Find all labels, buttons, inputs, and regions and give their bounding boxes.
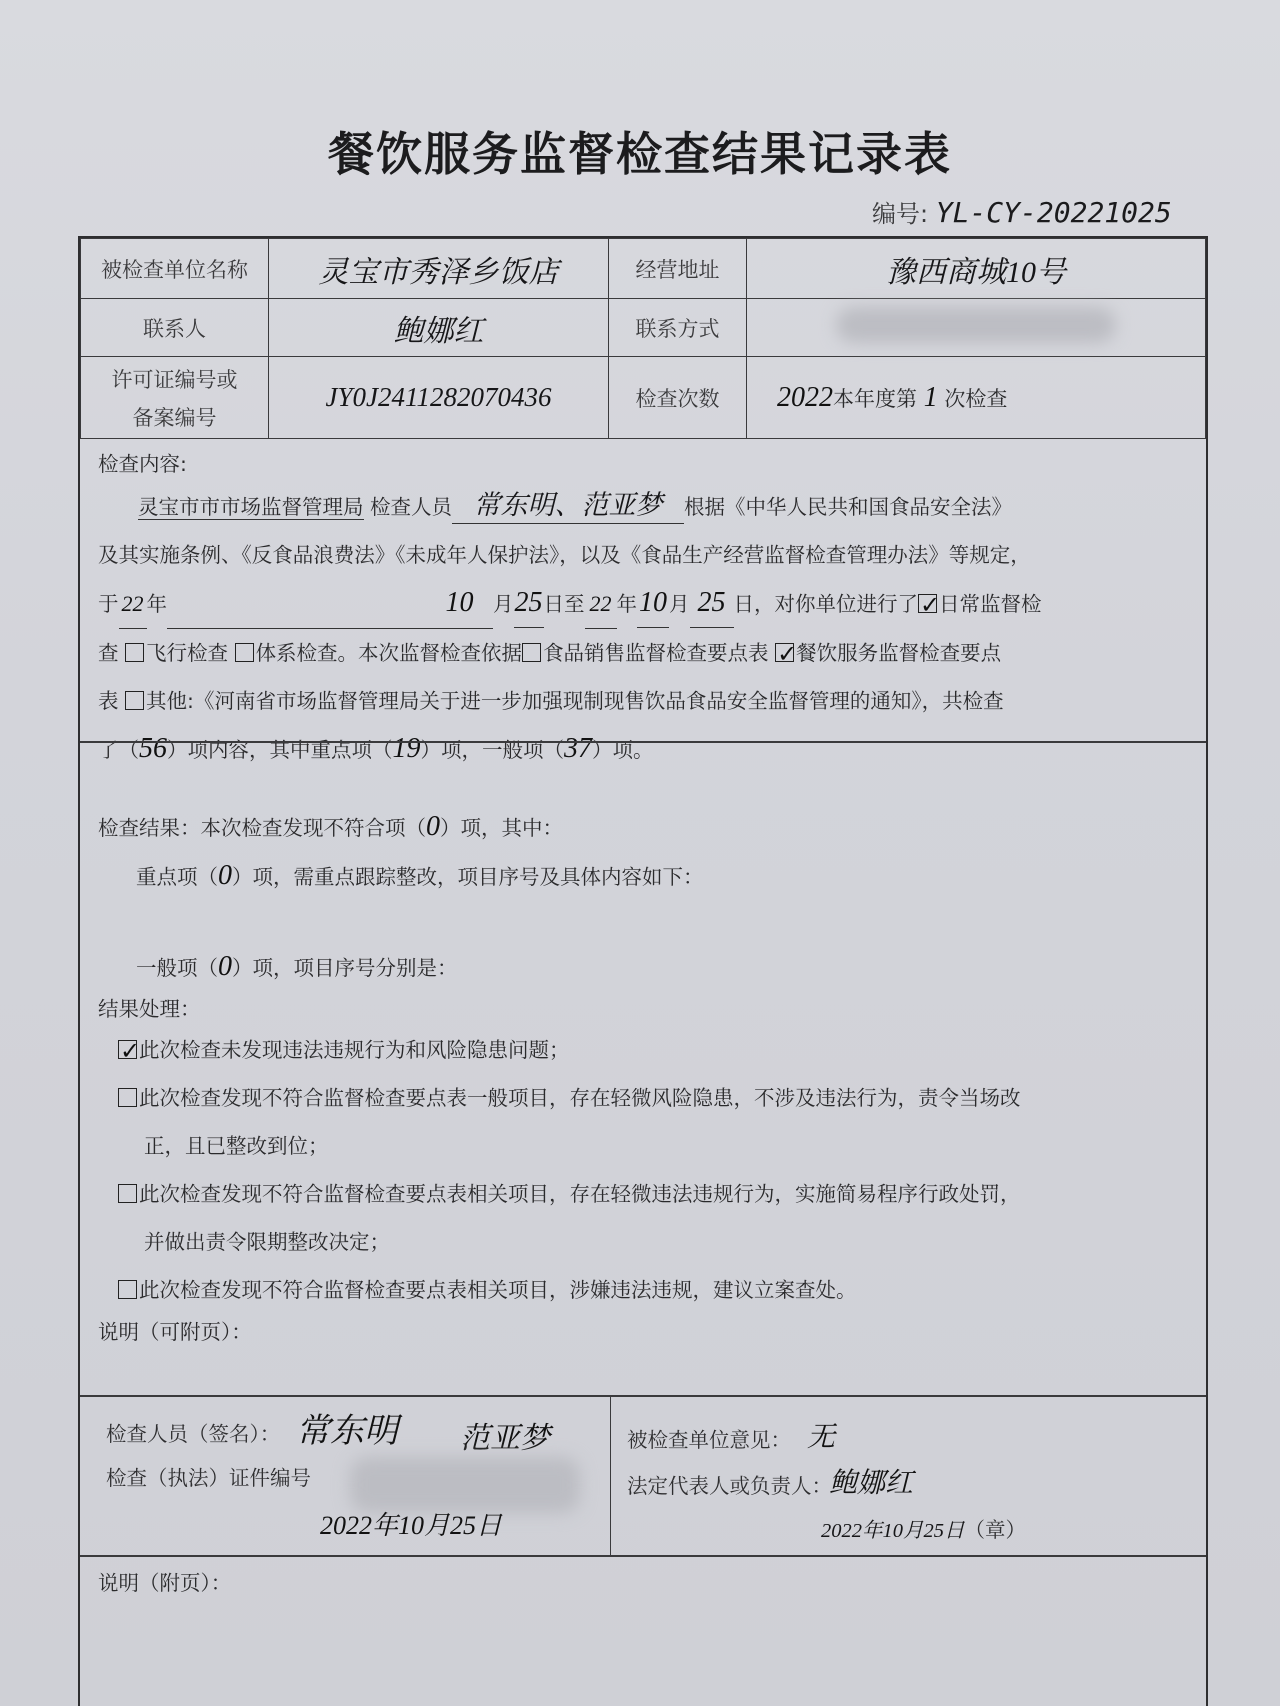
checkbox-food-sales[interactable] xyxy=(522,643,541,662)
inspection-year: 2022 xyxy=(777,382,833,413)
content-line-4: 查 飞行检查 体系检查。本次监督检查依据食品销售监督检查要点表 餐饮服务监督检查… xyxy=(80,629,1206,677)
results-suffix: ）项，其中： xyxy=(440,816,563,840)
signature-row: 检查人员（签名）： 常东明 范亚梦 检查（执法）证件编号 2022年10月25日… xyxy=(80,1395,1206,1555)
seal-label: （章） xyxy=(965,1518,1027,1542)
license-value: JY0J2411282070436 xyxy=(269,357,609,439)
general-suffix-text: ）项，项目序号分别是： xyxy=(232,956,458,980)
handling-option-1: 此次检查未发现违法违规行为和风险隐患问题； xyxy=(80,1026,1206,1074)
month-char: 月 xyxy=(493,592,514,616)
daily-label: 日常监督检 xyxy=(939,592,1042,616)
results-line-1: 检查结果：本次检查发现不符合项（0）项，其中： xyxy=(80,803,1206,852)
inspection-count-suffix: 次检查 xyxy=(944,387,1007,411)
food-sales-label: 食品销售监督检查要点表 xyxy=(543,641,769,665)
unit-name-value: 灵宝市秀泽乡饭店 xyxy=(269,239,609,299)
inspectors-label: 检查人员 xyxy=(370,495,452,519)
flight-label: 飞行检查 xyxy=(146,641,228,665)
checkbox-handling-2[interactable] xyxy=(118,1088,137,1107)
opinion-value: 无 xyxy=(807,1415,835,1455)
inspection-count-value: 2022本年度第 1 次检查 xyxy=(747,357,1206,439)
unit-opinion-box: 被检查单位意见： 无 法定代表人或负责人： 鲍娜红 2022年10月25日（章） xyxy=(611,1397,1206,1555)
checkbox-handling-3[interactable] xyxy=(118,1184,137,1203)
agency-name: 灵宝市市市场监督管理局 xyxy=(138,495,364,520)
general-prefix: 一般项（ xyxy=(136,956,218,980)
month-char-2: 月 xyxy=(669,592,690,616)
contact-person-value: 鲍娜红 xyxy=(269,299,609,357)
content-line-2: 及其实施条例、《反食品浪费法》《未成年人保护法》，以及《食品生产经营监督检查管理… xyxy=(80,531,1206,579)
redacted-blur xyxy=(836,307,1116,343)
inspector-signature-2: 范亚梦 xyxy=(460,1413,550,1457)
law-text-1: 根据《中华人民共和国食品安全法》 xyxy=(684,495,1012,519)
inspector-signature-box: 检查人员（签名）： 常东明 范亚梦 检查（执法）证件编号 2022年10月25日 xyxy=(80,1397,611,1555)
document-number-value: YL-CY-20221025 xyxy=(936,196,1172,229)
address-label: 经营地址 xyxy=(609,239,747,299)
results-key-line: 重点项（0）项，需重点跟踪整改，项目序号及具体内容如下： xyxy=(80,852,1206,901)
inspector-date: 2022年10月25日 xyxy=(320,1505,502,1542)
representative-label: 法定代表人或负责人： xyxy=(627,1469,832,1499)
inspection-count-prefix: 本年度第 xyxy=(833,387,917,411)
end-day: 25 xyxy=(690,579,734,628)
footer-note-section: 说明（附页）： xyxy=(80,1555,1206,1685)
document-number: 编号: YL-CY-20221025 xyxy=(872,194,1172,229)
inspector-sign-label: 检查人员（签名）： xyxy=(106,1417,280,1447)
contact-method-value xyxy=(747,299,1206,357)
content-heading: 检查内容: xyxy=(80,445,1206,483)
handling-option-3-text: 此次检查发现不符合监督检查要点表相关项目，存在轻微违法违规行为，实施简易程序行政… xyxy=(139,1182,1021,1206)
inspection-count-number: 1 xyxy=(924,382,938,413)
address-value: 豫西商城10号 xyxy=(747,239,1206,299)
checkbox-catering[interactable] xyxy=(775,643,794,662)
key-suffix: ）项，需重点跟踪整改，项目序号及具体内容如下： xyxy=(232,865,704,889)
representative-date: 2022年10月25日（章） xyxy=(821,1513,1026,1543)
handling-option-2-cont: 正，且已整改到位； xyxy=(80,1122,1206,1170)
results-general-line: 一般项（0）项，项目序号分别是： xyxy=(80,943,1206,992)
end-month: 10 xyxy=(637,579,669,628)
handling-option-1-text: 此次检查未发现违法违规行为和风险隐患问题； xyxy=(139,1038,570,1062)
page-title: 餐饮服务监督检查结果记录表 xyxy=(0,118,1280,184)
contact-person-label: 联系人 xyxy=(81,299,269,357)
start-day: 25 xyxy=(514,579,544,628)
catering-label: 餐饮服务监督检查要点 xyxy=(796,641,1001,665)
content-line-3: 于22年10 月25日至22年10月25日，对你单位进行了日常监督检 xyxy=(80,579,1206,629)
document-number-label: 编号: xyxy=(872,200,928,228)
footer-note-label: 说明（附页）： xyxy=(80,1565,1206,1601)
key-prefix: 重点项（ xyxy=(136,865,218,889)
handling-option-4: 此次检查发现不符合监督检查要点表相关项目，涉嫌违法违规，建议立案查处。 xyxy=(80,1266,1206,1314)
handling-option-2-text: 此次检查发现不符合监督检查要点表一般项目，存在轻微风险隐患，不涉及违法行为，责令… xyxy=(139,1086,1021,1110)
catering-label-cont: 表 xyxy=(98,689,119,713)
checkbox-handling-1[interactable] xyxy=(118,1040,137,1059)
handling-option-3: 此次检查发现不符合监督检查要点表相关项目，存在轻微违法违规行为，实施简易程序行政… xyxy=(80,1170,1206,1218)
checkbox-system[interactable] xyxy=(235,643,254,662)
license-label-line1: 许可证编号或 xyxy=(82,364,267,394)
checkbox-daily[interactable] xyxy=(918,594,937,613)
handling-heading: 结果处理： xyxy=(80,992,1206,1026)
handling-note-label: 说明（可附页）： xyxy=(80,1314,1206,1350)
other-label: 其他:《河南省市场监督管理局关于进一步加强现制现售饮品食品安全监督管理的通知》，… xyxy=(146,689,1004,713)
info-table: 被检查单位名称 灵宝市秀泽乡饭店 经营地址 豫西商城10号 联系人 鲍娜红 联系… xyxy=(80,238,1206,439)
year-char: 年 xyxy=(147,592,168,616)
inspectors-value: 常东明、范亚梦 xyxy=(452,487,684,524)
key-count: 0 xyxy=(218,860,232,891)
inspection-form: 被检查单位名称 灵宝市秀泽乡饭店 经营地址 豫西商城10号 联系人 鲍娜红 联系… xyxy=(78,236,1208,1706)
license-label-line2: 备案编号 xyxy=(82,402,267,432)
results-prefix: 检查结果：本次检查发现不符合项（ xyxy=(98,816,426,840)
representative-date-value: 2022年10月25日 xyxy=(821,1520,965,1542)
results-section: 检查结果：本次检查发现不符合项（0）项，其中： 重点项（0）项，需重点跟踪整改，… xyxy=(80,741,1206,1395)
end-year: 22 xyxy=(585,580,617,629)
checkbox-flight[interactable] xyxy=(125,643,144,662)
day-suffix: 日，对你单位进行了 xyxy=(734,592,919,616)
year-char-2: 年 xyxy=(617,592,638,616)
checkbox-other[interactable] xyxy=(125,691,144,710)
content-section: 检查内容: 灵宝市市市场监督管理局 检查人员常东明、范亚梦根据《中华人民共和国食… xyxy=(80,439,1206,741)
general-count: 0 xyxy=(218,951,232,982)
day-to: 日至 xyxy=(544,592,585,616)
handling-option-4-text: 此次检查发现不符合监督检查要点表相关项目，涉嫌违法违规，建议立案查处。 xyxy=(139,1278,857,1302)
cert-number-label: 检查（执法）证件编号 xyxy=(106,1461,311,1491)
content-line-5: 表 其他:《河南省市场监督管理局关于进一步加强现制现售饮品食品安全监督管理的通知… xyxy=(80,677,1206,725)
inspection-count-label: 检查次数 xyxy=(609,357,747,439)
unit-name-label: 被检查单位名称 xyxy=(81,239,269,299)
opinion-label: 被检查单位意见： xyxy=(627,1423,791,1453)
handling-option-3-cont: 并做出责令限期整改决定； xyxy=(80,1218,1206,1266)
start-month-blank: 10 xyxy=(167,579,493,629)
checkbox-handling-4[interactable] xyxy=(118,1280,137,1299)
start-month: 10 xyxy=(445,587,473,618)
license-label: 许可证编号或 备案编号 xyxy=(81,357,269,439)
representative-signature: 鲍娜红 xyxy=(829,1461,913,1501)
contact-method-label: 联系方式 xyxy=(609,299,747,357)
handling-option-2: 此次检查发现不符合监督检查要点表一般项目，存在轻微风险隐患，不涉及违法行为，责令… xyxy=(80,1074,1206,1122)
daily-label-cont: 查 xyxy=(98,641,119,665)
nonconforming-count: 0 xyxy=(426,811,440,842)
inspector-signature-1: 常东明 xyxy=(296,1403,398,1452)
content-line-1: 灵宝市市市场监督管理局 检查人员常东明、范亚梦根据《中华人民共和国食品安全法》 xyxy=(80,483,1206,531)
start-year: 22 xyxy=(119,580,147,629)
system-label: 体系检查。本次监督检查依据 xyxy=(256,641,523,665)
date-prefix: 于 xyxy=(98,592,119,616)
